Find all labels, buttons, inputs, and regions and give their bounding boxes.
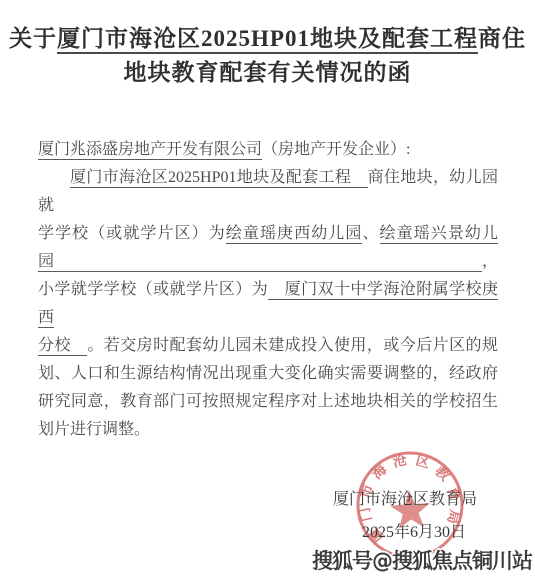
document-page: 关于厦门市海沧区2025HP01地块及配套工程商住 地块教育配套有关情况的函 厦… <box>0 0 535 577</box>
body-line: 研究同意，教育部门可按照规定程序对上述地块相关的学校招生 <box>38 388 498 416</box>
underlined-text: 厦门市海沧区2025HP01地块及配套工程 <box>70 169 368 188</box>
underlined-text: 分校 <box>38 337 87 356</box>
body-text: 、 <box>362 225 379 242</box>
title-line-1: 关于厦门市海沧区2025HP01地块及配套工程商住 <box>0 22 535 56</box>
body-line: 划片进行调整。 <box>38 416 498 444</box>
watermark-text: 搜狐号@搜狐焦点铜川站 <box>312 545 532 575</box>
document-title: 关于厦门市海沧区2025HP01地块及配套工程商住 地块教育配套有关情况的函 <box>0 22 535 90</box>
letter-body: 厦门兆添盛房地产开发有限公司（房地产开发企业）:厦门市海沧区2025HP01地块… <box>38 136 498 444</box>
body-line: 厦门兆添盛房地产开发有限公司（房地产开发企业）: <box>38 136 498 164</box>
title-underlined-text: 厦门市海沧区2025HP01地块及配套工程 <box>57 26 478 54</box>
signature-organization: 厦门市海沧区教育局 <box>333 486 477 509</box>
body-text: ， <box>482 253 498 270</box>
body-text: 划片进行调整。 <box>38 421 150 438</box>
body-line: 厦门市海沧区2025HP01地块及配套工程 商住地块，幼儿园就 <box>38 164 498 220</box>
underlined-text: 厦门兆添盛房地产开发有限公司 <box>38 141 262 160</box>
body-line: 划、人口和生源结构情况出现重大变化确实需要调整的，经政府 <box>38 360 498 388</box>
body-line: 小学就学学校（或就学片区）为 厦门双十中学海沧附属学校庚西 <box>38 276 498 332</box>
title-prefix: 关于 <box>9 26 57 51</box>
body-line: 分校 。若交房时配套幼儿园未建成投入使用，或今后片区的规 <box>38 332 498 360</box>
body-text: 研究同意，教育部门可按照规定程序对上述地块相关的学校招生 <box>38 393 498 410</box>
title-line-2: 地块教育配套有关情况的函 <box>0 56 535 90</box>
title-suffix: 商住 <box>478 26 526 51</box>
body-text: 小学就学学校（或就学片区）为 <box>38 281 268 298</box>
body-text: 划、人口和生源结构情况出现重大变化确实需要调整的，经政府 <box>38 365 498 382</box>
underlined-text: 绘童瑶庚西幼儿园 <box>226 225 363 244</box>
body-text: 学学校（或就学片区）为 <box>38 225 226 242</box>
body-line: 学学校（或就学片区）为绘童瑶庚西幼儿园、绘童瑶兴景幼儿园， <box>38 220 498 276</box>
body-text: （房地产开发企业）: <box>262 141 410 158</box>
body-text: 。若交房时配套幼儿园未建成投入使用，或今后片区的规 <box>87 337 498 354</box>
signature-date: 2025年6月30日 <box>362 519 466 542</box>
